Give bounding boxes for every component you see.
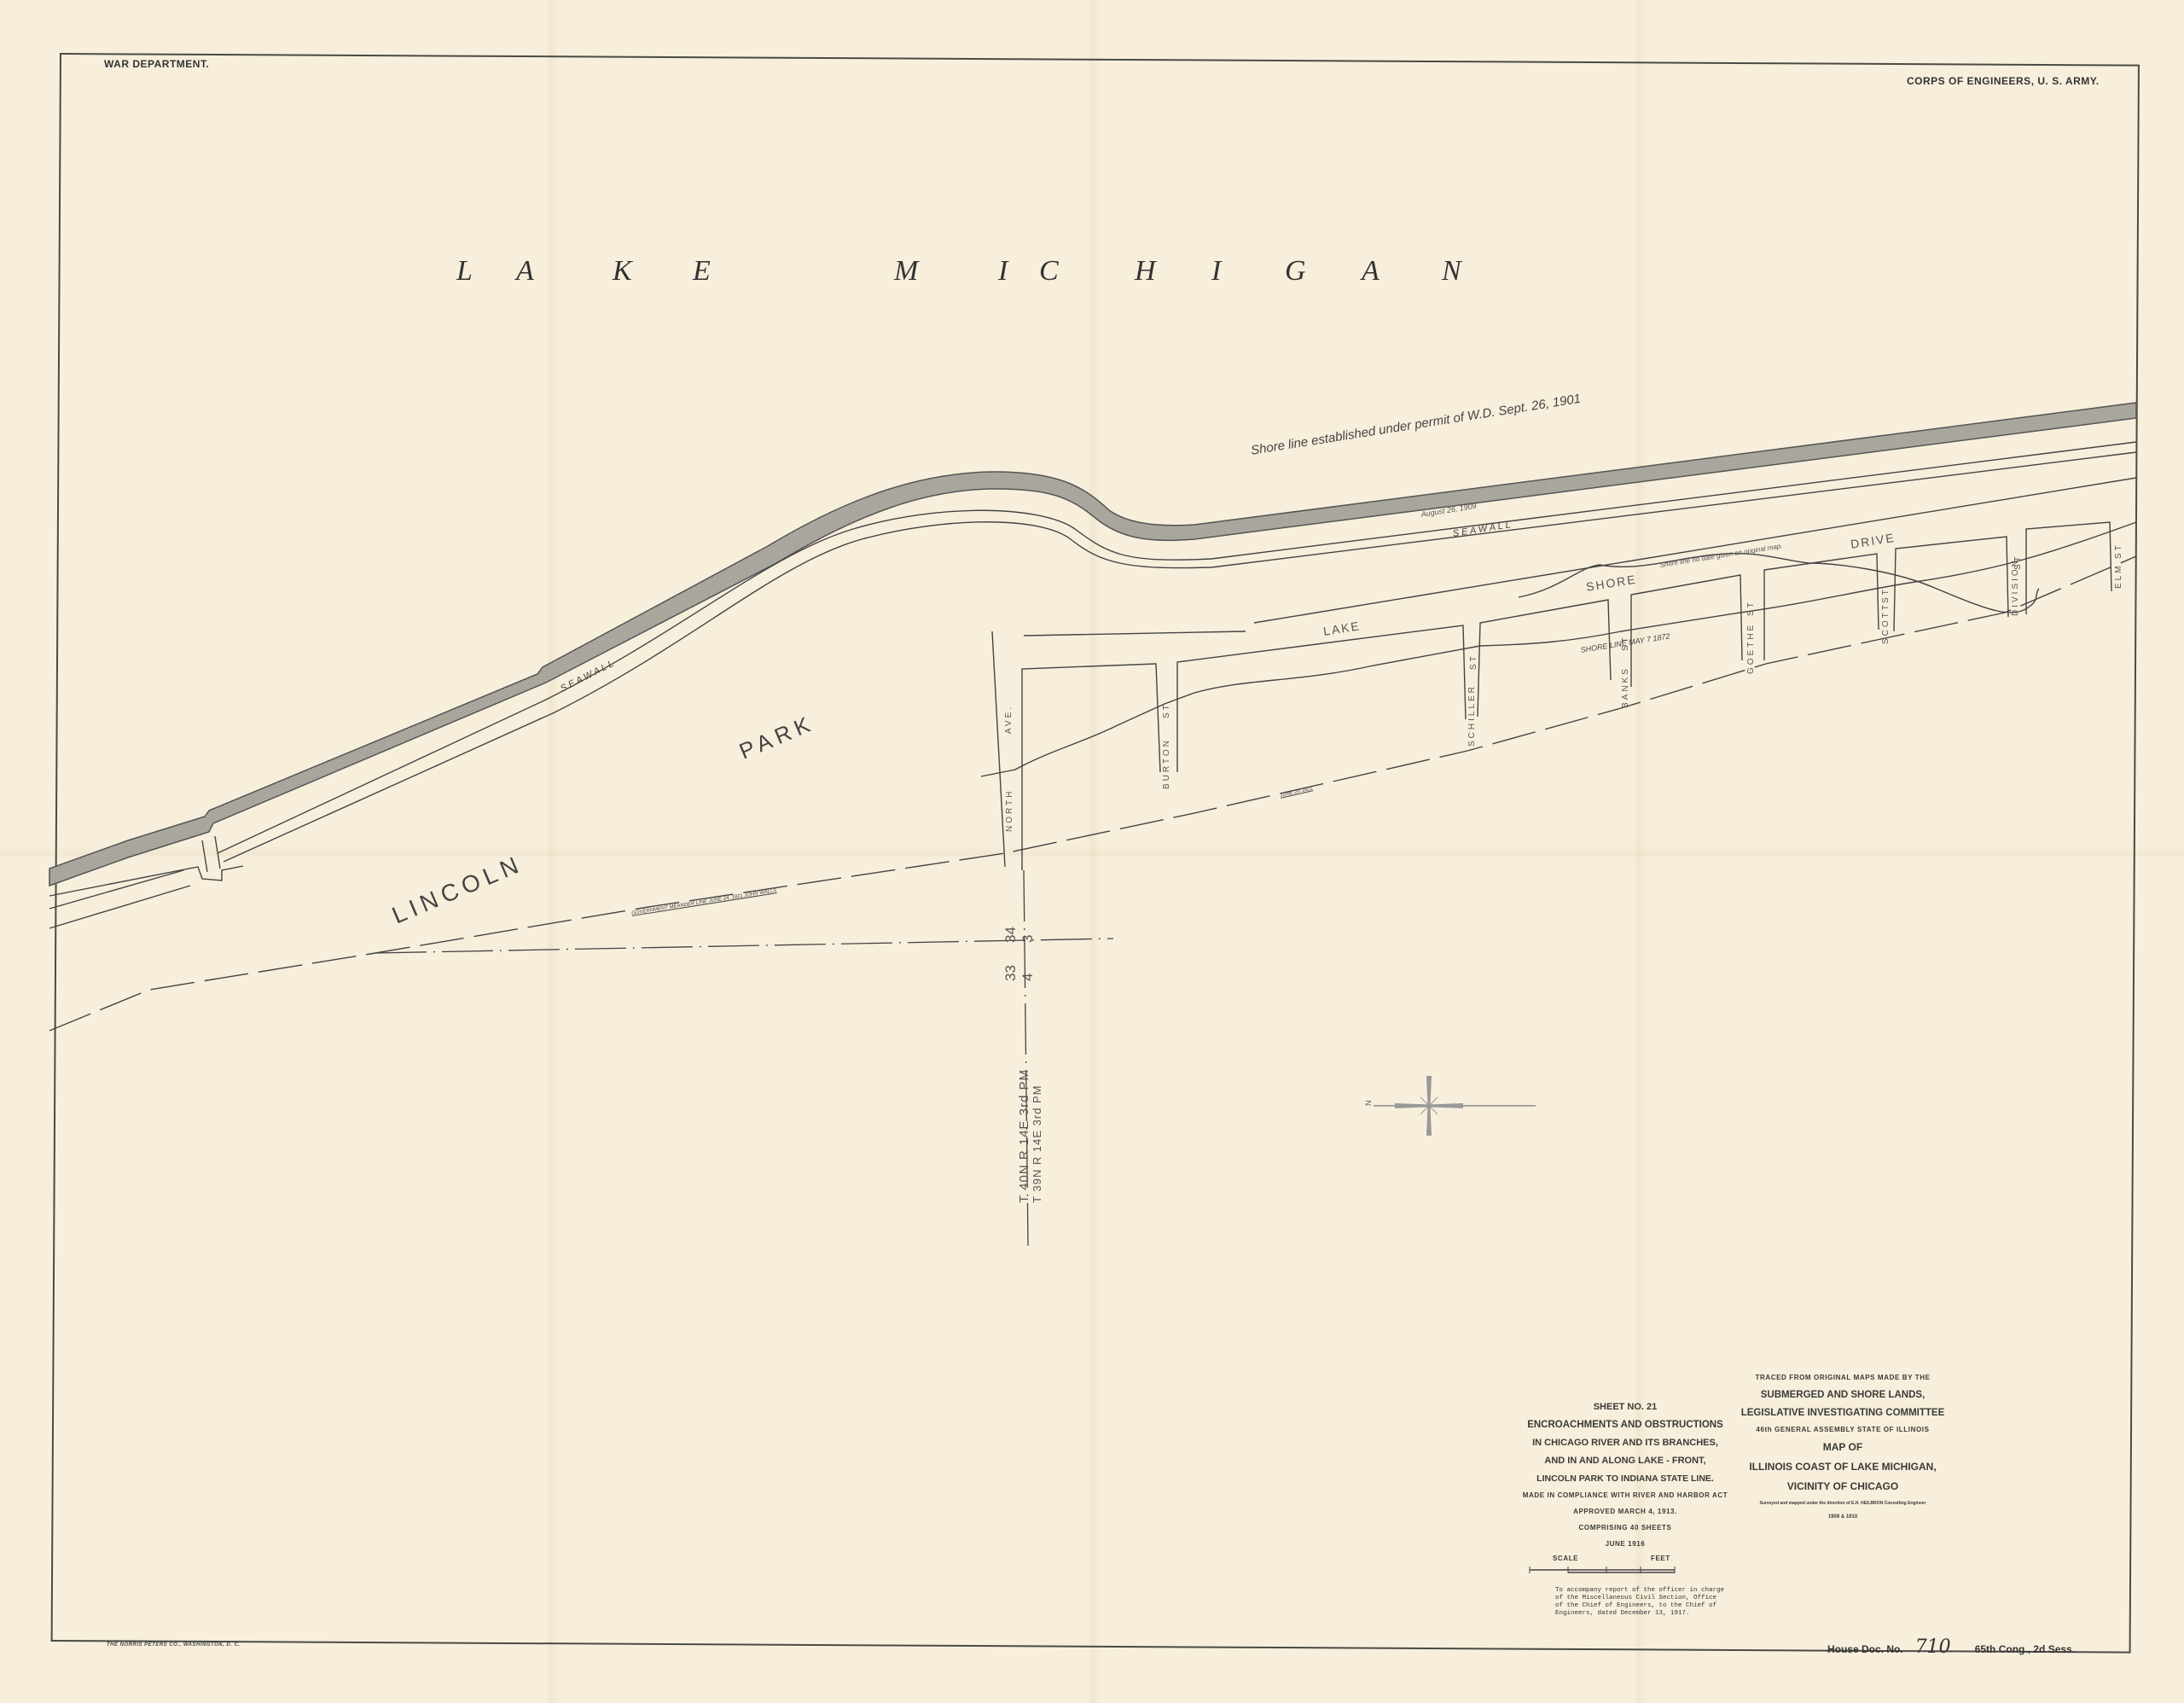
title-line-3: AND IN AND ALONG LAKE - FRONT, [1514, 1456, 1736, 1466]
street-goethe: GOETHE [1746, 623, 1756, 674]
survey-years: 1909 & 1910 [1732, 1514, 1954, 1520]
house-doc-label: House Doc. No. [1827, 1643, 1903, 1655]
scale-bar [1530, 1566, 1675, 1573]
sea-wall-band [49, 403, 2136, 886]
comprising-text: COMPRISING 40 SHEETS [1514, 1524, 1736, 1532]
svg-text:N: N [1364, 1101, 1373, 1107]
scale-label: SCALE [1553, 1555, 1578, 1562]
lake-michigan-label: LAKE MICHIGAN [456, 255, 1463, 287]
street-elm: ELM [2114, 563, 2123, 589]
section-3: 3 [1019, 935, 1037, 943]
compliance-text: MADE IN COMPLIANCE WITH RIVER AND HARBOR… [1514, 1491, 1736, 1499]
map-title-line-2: VICINITY OF CHICAGO [1732, 1480, 1954, 1492]
section-33: 33 [1002, 965, 1019, 981]
title-line-4: LINCOLN PARK TO INDIANA STATE LINE. [1514, 1473, 1736, 1484]
north-arrow-icon: N [1364, 1076, 1536, 1136]
street-schiller-st: ST [1469, 654, 1478, 670]
title-block-left: SHEET NO. 21 ENCROACHMENTS AND OBSTRUCTI… [1514, 1402, 1736, 1556]
surveyed-text: Surveyed and mapped under the direction … [1732, 1501, 1954, 1506]
approved-text: APPROVED MARCH 4, 1913. [1514, 1508, 1736, 1515]
house-doc-footer: House Doc. No. 710 65th Cong., 2d Sess. [1827, 1636, 2075, 1658]
title-line-1: ENCROACHMENTS AND OBSTRUCTIONS [1514, 1420, 1736, 1430]
government-meander-line [49, 556, 2136, 1031]
section-34: 34 [1002, 927, 1019, 943]
house-doc-number: 710 [1915, 1636, 1951, 1658]
committee-line-1: SUBMERGED AND SHORE LANDS, [1732, 1390, 1954, 1400]
street-burton: BURTON [1162, 738, 1171, 789]
congress-session: 65th Cong., 2d Sess. [1975, 1643, 2075, 1655]
street-goethe-st: ST [1746, 600, 1756, 616]
date-text: JUNE 1916 [1514, 1540, 1736, 1548]
street-scott: SCOTT [1881, 602, 1891, 644]
traced-text: TRACED FROM ORIGINAL MAPS MADE BY THE [1732, 1374, 1954, 1381]
township-upper: T 40N R 14E 3rd PM [1017, 1069, 1031, 1203]
street-burton-st: ST [1162, 702, 1171, 718]
sheet-number: SHEET NO. 21 [1514, 1402, 1736, 1412]
street-north: NORTH [1005, 789, 1014, 832]
scale-unit: FEET [1651, 1555, 1670, 1562]
map-of-text: MAP OF [1732, 1441, 1954, 1453]
street-schiller: SCHILLER [1467, 684, 1477, 747]
committee-line-2: LEGISLATIVE INVESTIGATING COMMITTEE [1732, 1408, 1954, 1418]
street-scott-st: ST [1881, 587, 1891, 603]
title-line-2: IN CHICAGO RIVER AND ITS BRANCHES, [1514, 1438, 1736, 1448]
street-banks: BANKS [1621, 666, 1630, 708]
township-lower: T 39N R 14E 3rd PM [1031, 1085, 1043, 1203]
title-block-right: TRACED FROM ORIGINAL MAPS MADE BY THE SU… [1732, 1374, 1954, 1520]
shore-line-1872 [981, 522, 2136, 776]
map-title-line-1: ILLINOIS COAST OF LAKE MICHIGAN, [1732, 1461, 1954, 1473]
assembly-text: 46th GENERAL ASSEMBLY STATE OF ILLINOIS [1732, 1426, 1954, 1433]
street-elm-st: ST [2114, 543, 2123, 559]
street-ave: AVE. [1004, 705, 1014, 734]
report-note: To accompany report of the officer in ch… [1555, 1587, 1724, 1618]
street-division-st: ST [2013, 554, 2023, 570]
printer-credit: THE NORRIS PETERS CO., WASHINGTON, D. C. [107, 1642, 241, 1648]
section-4: 4 [1019, 974, 1037, 981]
street-banks-st: ST [1621, 635, 1630, 651]
